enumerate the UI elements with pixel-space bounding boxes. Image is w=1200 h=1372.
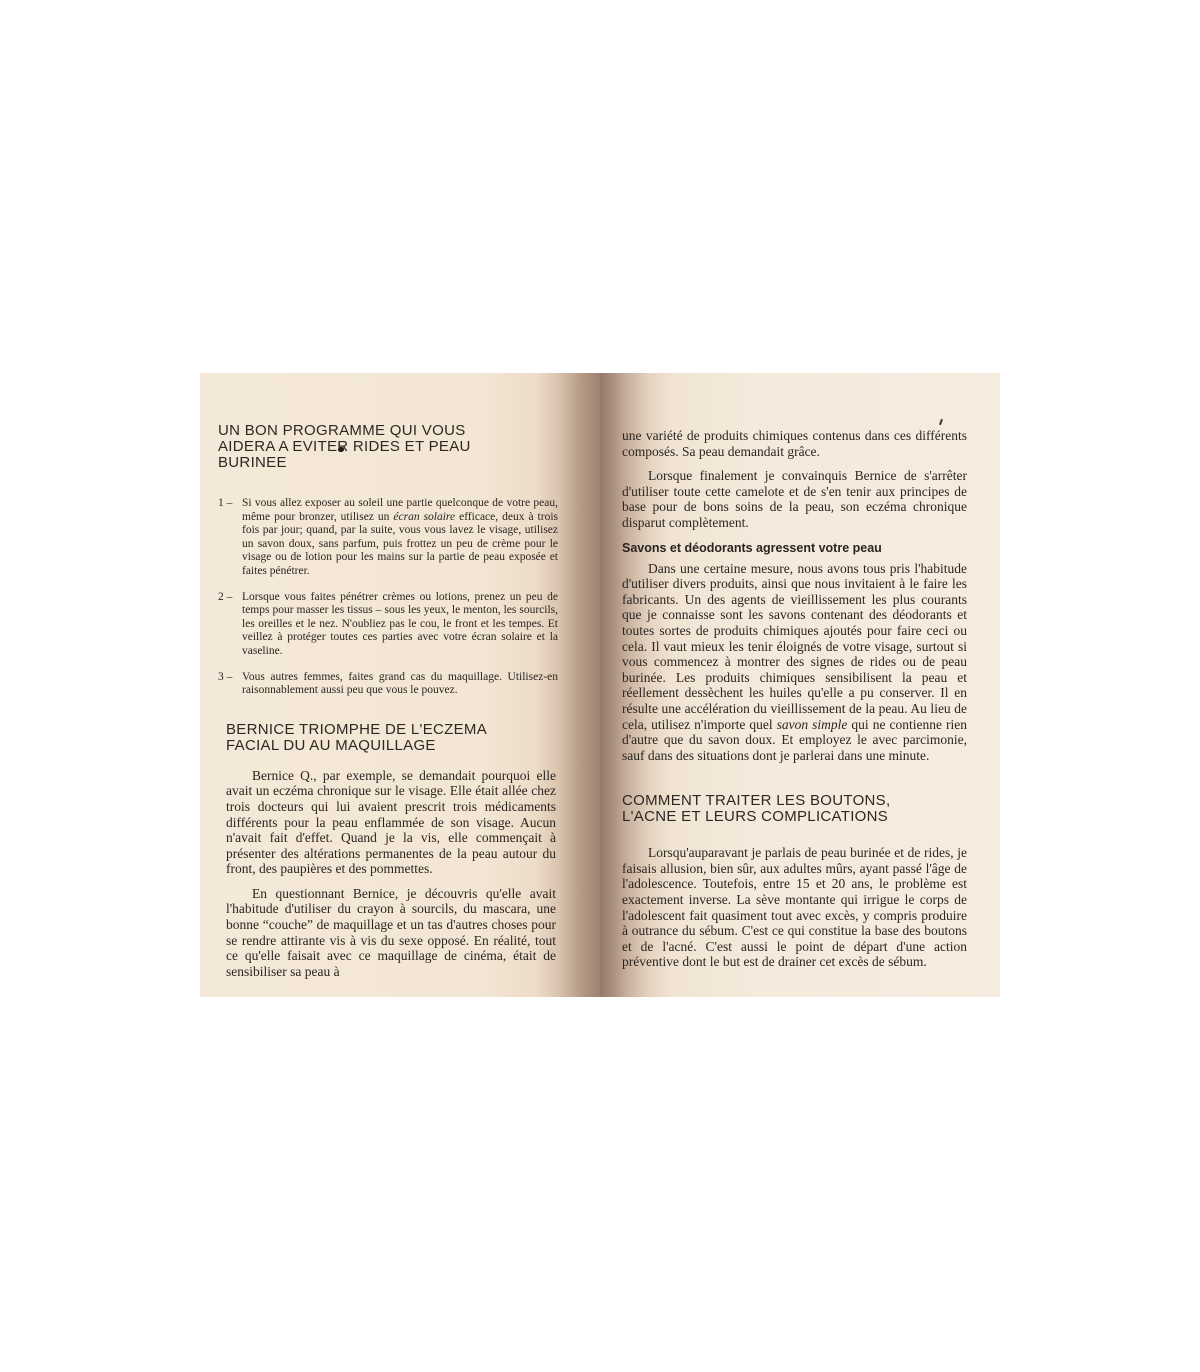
paragraph-part: Dans une certaine mesure, nous avons tou… (622, 561, 967, 732)
list-item: 2 – Lorsque vous faites pénétrer crèmes … (218, 591, 558, 659)
paragraph-emphasis: savon simple (777, 717, 848, 732)
heading-line: BURINEE (218, 455, 558, 471)
right-page: une variété de produits chimiques conten… (600, 373, 1000, 997)
list-text-emphasis: écran solaire (393, 511, 455, 523)
paragraph: Dans une certaine mesure, nous avons tou… (622, 561, 967, 764)
section-heading-bernice: BERNICE TRIOMPHE DE L'ECZEMA FACIAL DU A… (226, 722, 558, 754)
heading-line: COMMENT TRAITER LES BOUTONS, (622, 793, 967, 809)
list-number: 1 – (218, 497, 242, 579)
list-text: Vous autres femmes, faites grand cas du … (242, 671, 558, 698)
list-number: 3 – (218, 671, 242, 698)
list-text: Si vous allez exposer au soleil une part… (242, 497, 558, 579)
heading-line: L'ACNE ET LEURS COMPLICATIONS (622, 809, 967, 825)
paragraph: Bernice Q., par exemple, se demandait po… (226, 768, 556, 877)
right-page-content: une variété de produits chimiques conten… (622, 428, 967, 970)
subheading-savons: Savons et déodorants agressent votre pea… (622, 541, 967, 555)
list-text: Lorsque vous faites pénétrer crèmes ou l… (242, 591, 558, 659)
paragraph: Lorsqu'auparavant je parlais de peau bur… (622, 845, 967, 970)
heading-line: AIDERA A EVITER RIDES ET PEAU (218, 439, 558, 455)
heading-line: UN BON PROGRAMME QUI VOUS (218, 423, 558, 439)
heading-line: BERNICE TRIOMPHE DE L'ECZEMA (226, 722, 558, 738)
book-spread: UN BON PROGRAMME QUI VOUS AIDERA A EVITE… (200, 373, 1000, 997)
left-page-content: UN BON PROGRAMME QUI VOUS AIDERA A EVITE… (218, 423, 558, 979)
left-page: UN BON PROGRAMME QUI VOUS AIDERA A EVITE… (200, 373, 600, 997)
list-number: 2 – (218, 591, 242, 659)
section-heading-boutons: COMMENT TRAITER LES BOUTONS, L'ACNE ET L… (622, 793, 967, 825)
paragraph-continuation: une variété de produits chimiques conten… (622, 428, 967, 459)
section-heading-programme: UN BON PROGRAMME QUI VOUS AIDERA A EVITE… (218, 423, 558, 471)
heading-line: FACIAL DU AU MAQUILLAGE (226, 738, 558, 754)
paragraph: En questionnant Bernice, je découvris qu… (226, 886, 556, 980)
list-item: 1 – Si vous allez exposer au soleil une … (218, 497, 558, 579)
list-item: 3 – Vous autres femmes, faites grand cas… (218, 671, 558, 698)
paragraph: Lorsque finalement je convainquis Bernic… (622, 468, 967, 530)
numbered-list: 1 – Si vous allez exposer au soleil une … (218, 497, 558, 698)
